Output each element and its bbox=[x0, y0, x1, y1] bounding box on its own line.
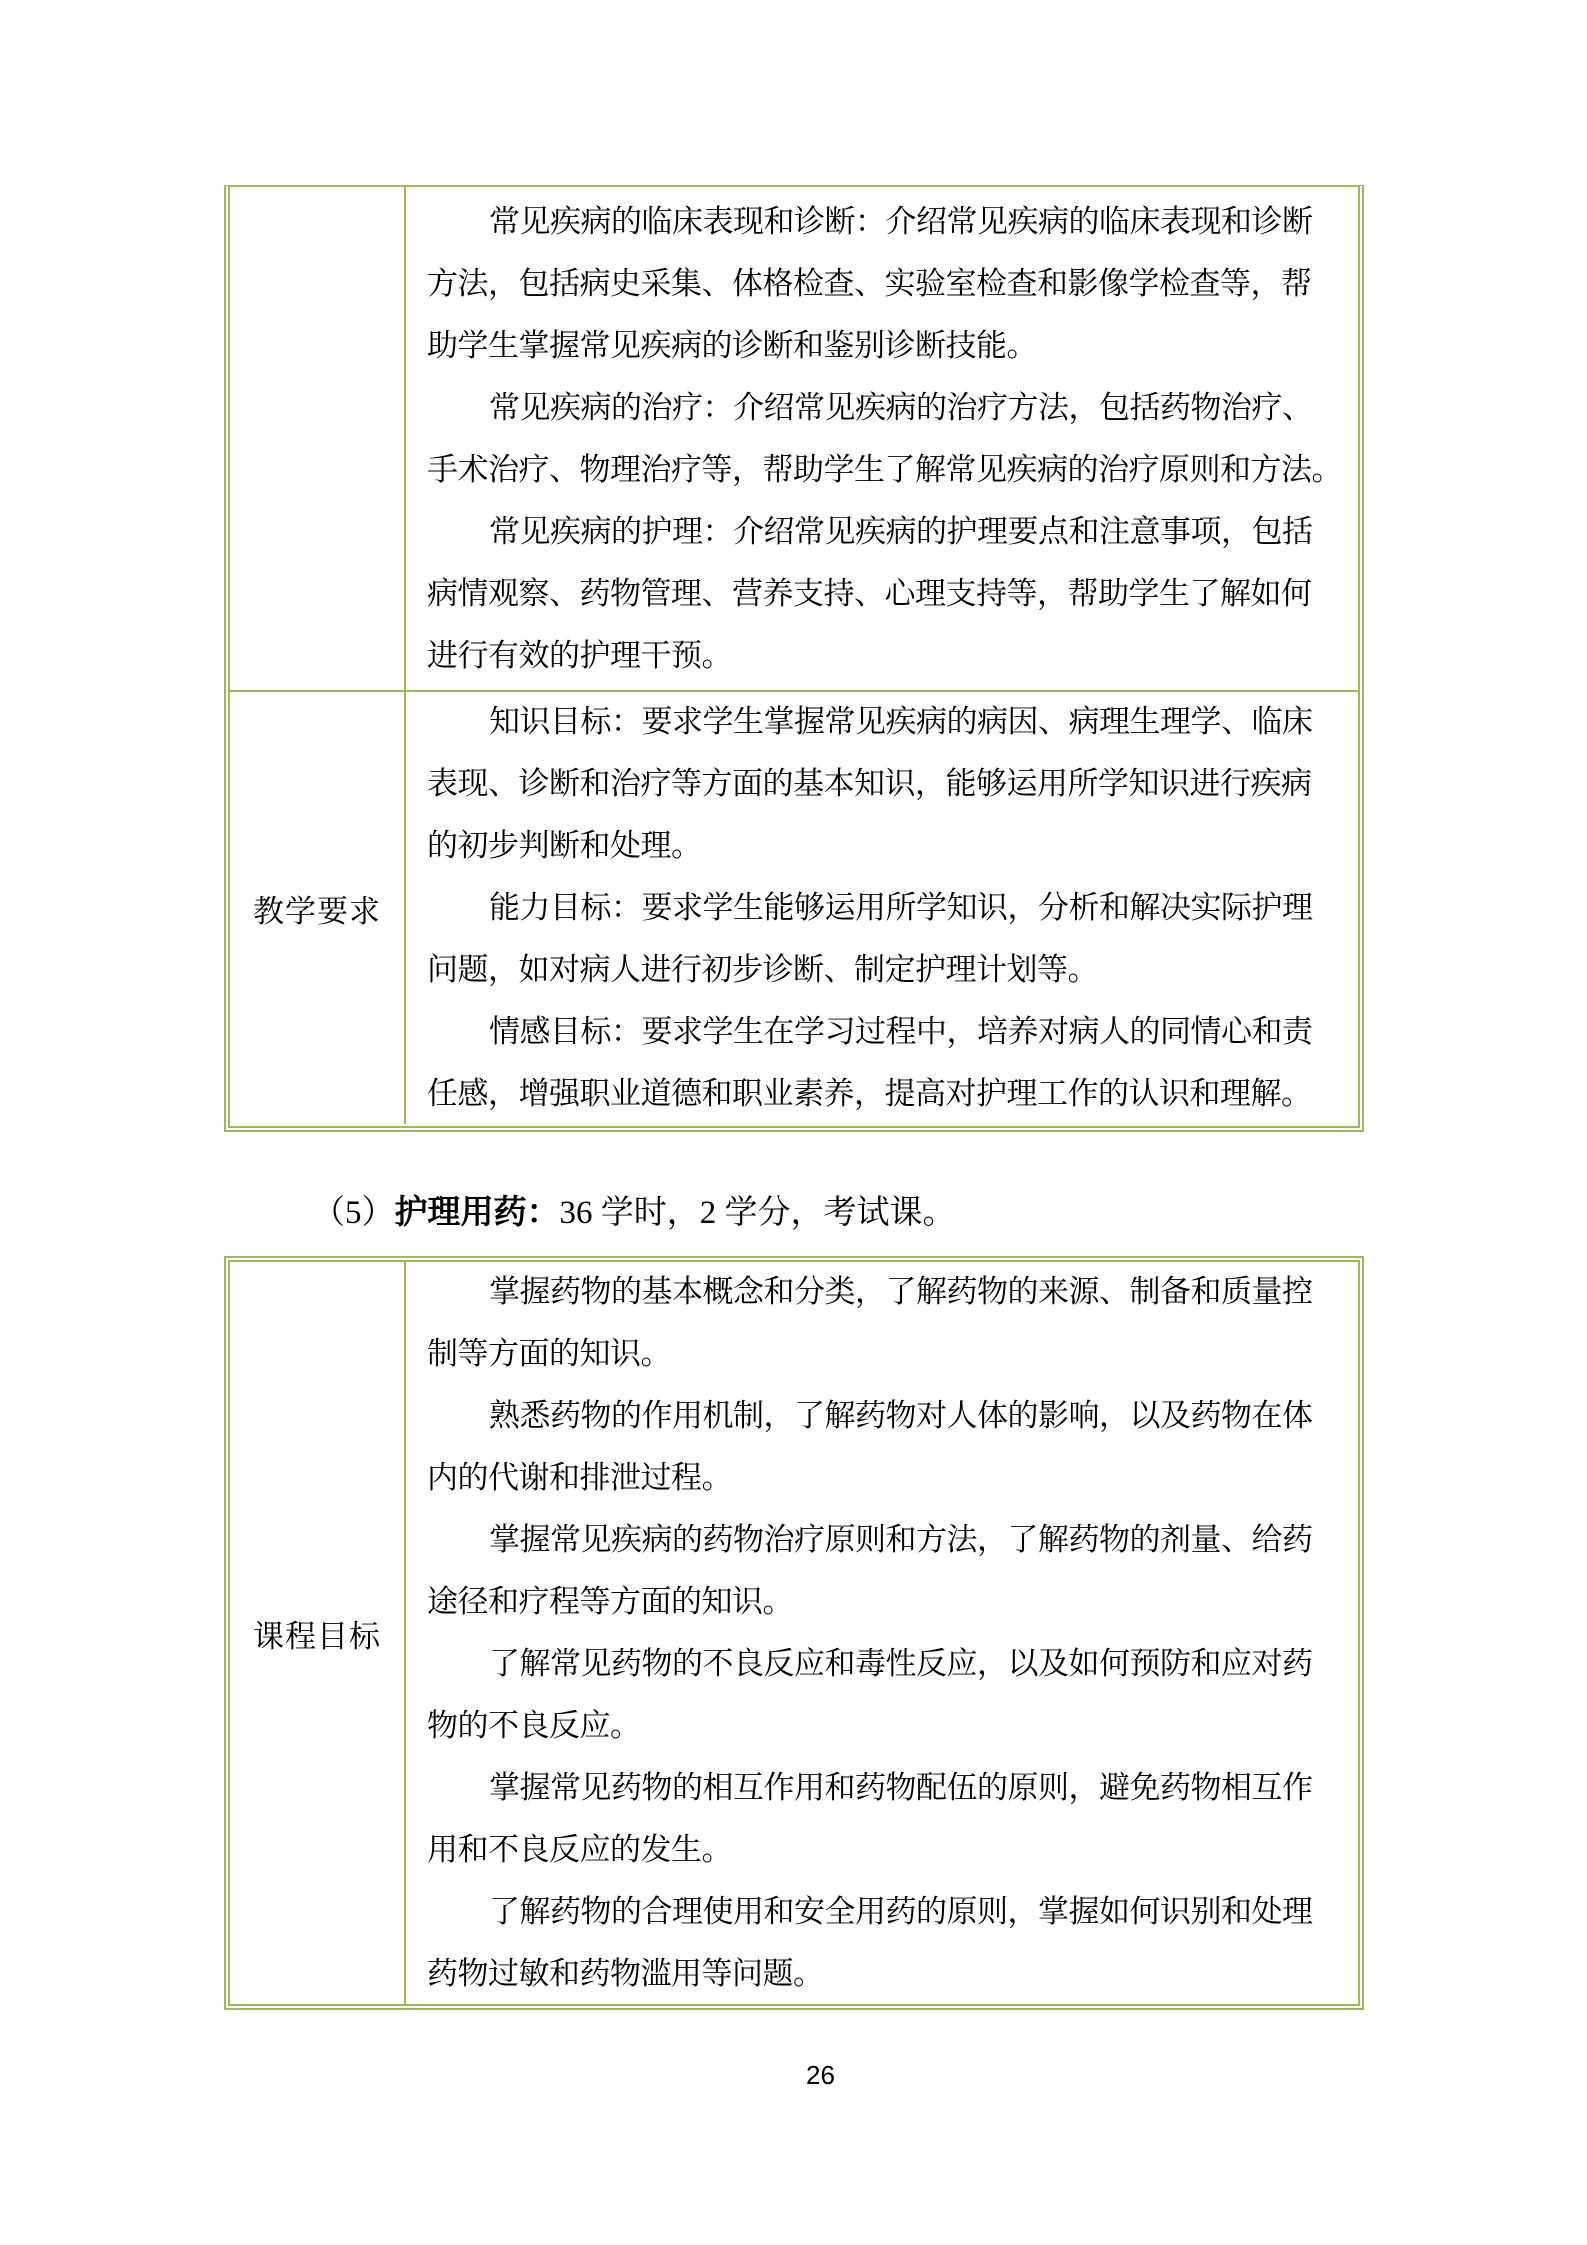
table-teaching-requirements: 常见疾病的临床表现和诊断：介绍常见疾病的临床表现和诊断 方法，包括病史采集、体格… bbox=[224, 185, 1364, 1132]
row-body-cell: 知识目标：要求学生掌握常见疾病的病因、病理生理学、临床 表现、诊断和治疗等方面的… bbox=[406, 692, 1358, 1124]
text-line: 的初步判断和处理。 bbox=[427, 815, 1340, 877]
text-line: 用和不良反应的发生。 bbox=[427, 1819, 1340, 1881]
text-line: 熟悉药物的作用机制，了解药物对人体的影响，以及药物在体 bbox=[427, 1385, 1340, 1447]
table-row-course-content: 常见疾病的临床表现和诊断：介绍常见疾病的临床表现和诊断 方法，包括病史采集、体格… bbox=[230, 187, 1358, 690]
row-label-cell: 课程目标 bbox=[230, 1262, 406, 2004]
section-heading: （5）护理用药：36 学时，2 学分，考试课。 bbox=[312, 1192, 956, 1234]
text-line: 任感，增强职业道德和职业素养，提高对护理工作的认识和理解。 bbox=[427, 1063, 1340, 1124]
text-line: 途径和疗程等方面的知识。 bbox=[427, 1571, 1340, 1633]
text-line: 了解常见药物的不良反应和毒性反应，以及如何预防和应对药 bbox=[427, 1633, 1340, 1695]
heading-number: （5） bbox=[312, 1195, 395, 1231]
text-line: 助学生掌握常见疾病的诊断和鉴别诊断技能。 bbox=[427, 315, 1340, 377]
text-line: 掌握药物的基本概念和分类，了解药物的来源、制备和质量控 bbox=[427, 1262, 1340, 1323]
text-line: 掌握常见疾病的药物治疗原则和方法，了解药物的剂量、给药 bbox=[427, 1509, 1340, 1571]
text-line: 内的代谢和排泄过程。 bbox=[427, 1447, 1340, 1509]
text-line: 常见疾病的临床表现和诊断：介绍常见疾病的临床表现和诊断 bbox=[427, 191, 1340, 253]
page-number: 26 bbox=[806, 2062, 835, 2088]
text-line: 常见疾病的治疗：介绍常见疾病的治疗方法，包括药物治疗、 bbox=[427, 377, 1340, 439]
table-row-course-objectives: 课程目标 掌握药物的基本概念和分类，了解药物的来源、制备和质量控 制等方面的知识… bbox=[230, 1262, 1358, 2004]
row-body-cell: 常见疾病的临床表现和诊断：介绍常见疾病的临床表现和诊断 方法，包括病史采集、体格… bbox=[406, 187, 1358, 690]
heading-detail: 36 学时，2 学分，考试课。 bbox=[560, 1195, 956, 1231]
row-label-cell-empty bbox=[230, 187, 406, 690]
text-line: 药物过敏和药物滥用等问题。 bbox=[427, 1943, 1340, 2004]
text-line: 问题，如对病人进行初步诊断、制定护理计划等。 bbox=[427, 939, 1340, 1001]
text-line: 知识目标：要求学生掌握常见疾病的病因、病理生理学、临床 bbox=[427, 692, 1340, 753]
text-line: 常见疾病的护理：介绍常见疾病的护理要点和注意事项，包括 bbox=[427, 501, 1340, 563]
text-line: 能力目标：要求学生能够运用所学知识，分析和解决实际护理 bbox=[427, 877, 1340, 939]
document-page: 常见疾病的临床表现和诊断：介绍常见疾病的临床表现和诊断 方法，包括病史采集、体格… bbox=[0, 0, 1587, 2245]
text-line: 进行有效的护理干预。 bbox=[427, 625, 1340, 687]
heading-title: 护理用药： bbox=[395, 1195, 560, 1231]
text-line: 手术治疗、物理治疗等，帮助学生了解常见疾病的治疗原则和方法。 bbox=[427, 439, 1340, 501]
table-course-objectives: 课程目标 掌握药物的基本概念和分类，了解药物的来源、制备和质量控 制等方面的知识… bbox=[224, 1256, 1364, 2010]
text-line: 表现、诊断和治疗等方面的基本知识，能够运用所学知识进行疾病 bbox=[427, 753, 1340, 815]
text-line: 了解药物的合理使用和安全用药的原则，掌握如何识别和处理 bbox=[427, 1881, 1340, 1943]
text-line: 物的不良反应。 bbox=[427, 1695, 1340, 1757]
table-row-teaching-requirements: 教学要求 知识目标：要求学生掌握常见疾病的病因、病理生理学、临床 表现、诊断和治… bbox=[230, 690, 1358, 1124]
text-line: 情感目标：要求学生在学习过程中，培养对病人的同情心和责 bbox=[427, 1001, 1340, 1063]
text-line: 制等方面的知识。 bbox=[427, 1323, 1340, 1385]
row-body-cell: 掌握药物的基本概念和分类，了解药物的来源、制备和质量控 制等方面的知识。 熟悉药… bbox=[406, 1262, 1358, 2004]
text-line: 掌握常见药物的相互作用和药物配伍的原则，避免药物相互作 bbox=[427, 1757, 1340, 1819]
text-line: 方法，包括病史采集、体格检查、实验室检查和影像学检查等，帮 bbox=[427, 253, 1340, 315]
row-label-cell: 教学要求 bbox=[230, 692, 406, 1124]
text-line: 病情观察、药物管理、营养支持、心理支持等，帮助学生了解如何 bbox=[427, 563, 1340, 625]
